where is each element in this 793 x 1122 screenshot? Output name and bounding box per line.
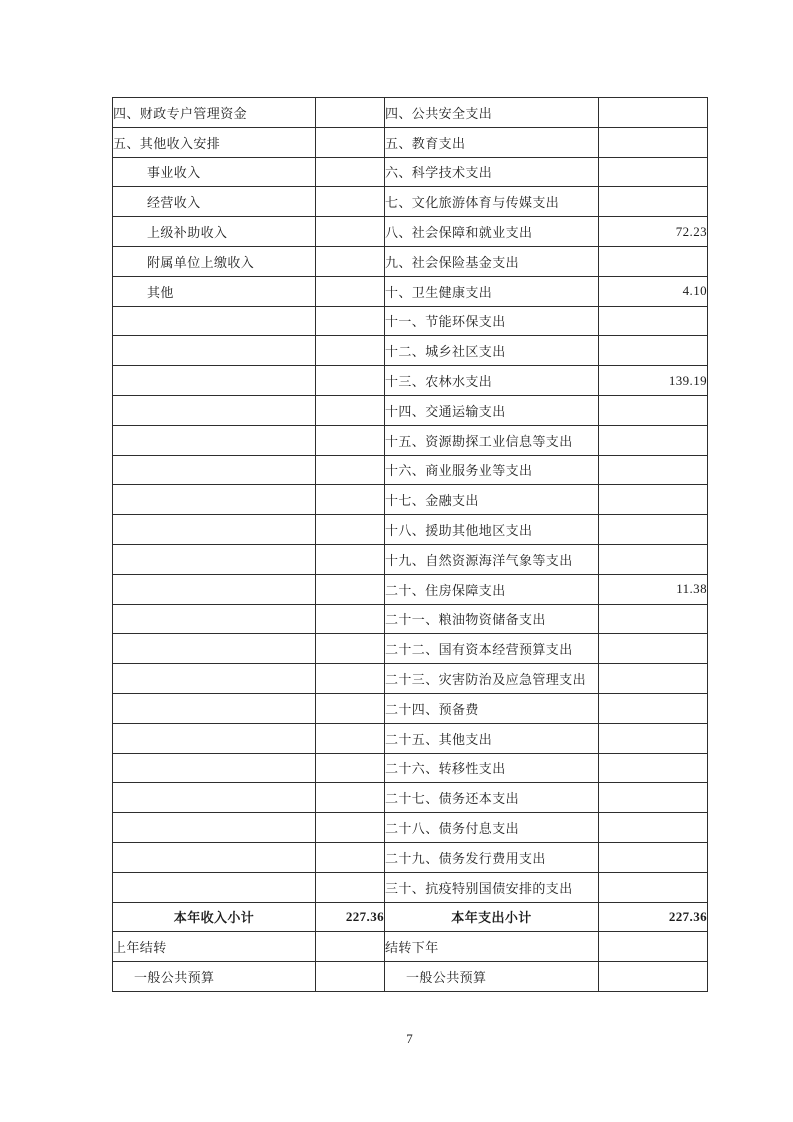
expense-label-cell: 十、卫生健康支出 xyxy=(385,276,599,306)
expense-value-cell xyxy=(599,842,708,872)
income-label-cell xyxy=(113,425,316,455)
expense-label-cell: 十七、金融支出 xyxy=(385,485,599,515)
income-label-cell xyxy=(113,723,316,753)
expense-value-cell xyxy=(599,187,708,217)
table-row: 四、财政专户管理资金 四、公共安全支出 xyxy=(113,98,708,128)
income-value-cell xyxy=(316,127,385,157)
expense-value-cell: 227.36 xyxy=(599,902,708,932)
expense-value-cell xyxy=(599,872,708,902)
income-label-cell: 四、财政专户管理资金 xyxy=(113,98,316,128)
table-row: 上级补助收入 八、社会保障和就业支出 72.23 xyxy=(113,217,708,247)
expense-value-cell xyxy=(599,544,708,574)
income-value-cell xyxy=(316,157,385,187)
expense-label-cell: 二十二、国有资本经营预算支出 xyxy=(385,634,599,664)
expense-value-cell xyxy=(599,664,708,694)
expense-label-cell: 三十、抗疫特别国债安排的支出 xyxy=(385,872,599,902)
income-label-cell: 其他 xyxy=(113,276,316,306)
income-value-cell xyxy=(316,604,385,634)
expense-label-cell: 九、社会保险基金支出 xyxy=(385,246,599,276)
income-label-cell xyxy=(113,604,316,634)
expense-label-cell: 二十四、预备费 xyxy=(385,693,599,723)
income-label-cell: 事业收入 xyxy=(113,157,316,187)
income-value-cell xyxy=(316,872,385,902)
income-value-cell xyxy=(316,574,385,604)
expense-value-cell: 72.23 xyxy=(599,217,708,247)
table-row: 二十四、预备费 xyxy=(113,693,708,723)
expense-label-cell: 二十八、债务付息支出 xyxy=(385,813,599,843)
expense-value-cell xyxy=(599,753,708,783)
table-row: 二十、住房保障支出 11.38 xyxy=(113,574,708,604)
income-label-cell xyxy=(113,664,316,694)
table-row: 二十一、粮油物资储备支出 xyxy=(113,604,708,634)
expense-label-cell: 十八、援助其他地区支出 xyxy=(385,515,599,545)
document-page: 四、财政专户管理资金 四、公共安全支出 五、其他收入安排 五、教育支出 事业收入… xyxy=(0,0,793,1122)
income-value-cell xyxy=(316,187,385,217)
income-value-cell xyxy=(316,664,385,694)
income-label-cell xyxy=(113,366,316,396)
income-value-cell xyxy=(316,485,385,515)
income-value-cell xyxy=(316,336,385,366)
income-value-cell xyxy=(316,544,385,574)
income-label-cell xyxy=(113,813,316,843)
expense-value-cell xyxy=(599,515,708,545)
expense-label-cell: 十三、农林水支出 xyxy=(385,366,599,396)
income-label-cell xyxy=(113,634,316,664)
expense-value-cell: 4.10 xyxy=(599,276,708,306)
income-label-cell xyxy=(113,395,316,425)
expense-value-cell xyxy=(599,634,708,664)
table-row: 二十八、债务付息支出 xyxy=(113,813,708,843)
income-value-cell xyxy=(316,753,385,783)
expense-label-cell: 二十九、债务发行费用支出 xyxy=(385,842,599,872)
income-label-cell: 本年收入小计 xyxy=(113,902,316,932)
table-row: 十八、援助其他地区支出 xyxy=(113,515,708,545)
income-label-cell: 一般公共预算 xyxy=(113,962,316,992)
income-label-cell xyxy=(113,753,316,783)
expense-label-cell: 二十三、灾害防治及应急管理支出 xyxy=(385,664,599,694)
income-label-cell xyxy=(113,485,316,515)
expense-value-cell xyxy=(599,813,708,843)
income-value-cell xyxy=(316,217,385,247)
expense-value-cell xyxy=(599,932,708,962)
expense-label-cell: 五、教育支出 xyxy=(385,127,599,157)
expense-label-cell: 本年支出小计 xyxy=(385,902,599,932)
expense-value-cell xyxy=(599,485,708,515)
income-label-cell: 经营收入 xyxy=(113,187,316,217)
expense-label-cell: 二十五、其他支出 xyxy=(385,723,599,753)
expense-label-cell: 结转下年 xyxy=(385,932,599,962)
table-row: 二十九、债务发行费用支出 xyxy=(113,842,708,872)
table-row: 二十三、灾害防治及应急管理支出 xyxy=(113,664,708,694)
table-row: 十二、城乡社区支出 xyxy=(113,336,708,366)
table-row: 上年结转 结转下年 xyxy=(113,932,708,962)
expense-value-cell xyxy=(599,98,708,128)
income-label-cell xyxy=(113,544,316,574)
budget-table: 四、财政专户管理资金 四、公共安全支出 五、其他收入安排 五、教育支出 事业收入… xyxy=(112,97,708,992)
page-number: 7 xyxy=(112,1031,707,1047)
income-value-cell xyxy=(316,932,385,962)
income-label-cell xyxy=(113,574,316,604)
expense-value-cell xyxy=(599,395,708,425)
expense-label-cell: 一般公共预算 xyxy=(385,962,599,992)
expense-label-cell: 十一、节能环保支出 xyxy=(385,306,599,336)
income-value-cell xyxy=(316,783,385,813)
table-row: 三十、抗疫特别国债安排的支出 xyxy=(113,872,708,902)
expense-value-cell: 139.19 xyxy=(599,366,708,396)
table-row: 本年收入小计 227.36 本年支出小计 227.36 xyxy=(113,902,708,932)
income-label-cell xyxy=(113,783,316,813)
income-value-cell xyxy=(316,813,385,843)
table-row: 十三、农林水支出 139.19 xyxy=(113,366,708,396)
income-value-cell xyxy=(316,842,385,872)
table-row: 事业收入 六、科学技术支出 xyxy=(113,157,708,187)
table-row: 经营收入 七、文化旅游体育与传媒支出 xyxy=(113,187,708,217)
expense-label-cell: 七、文化旅游体育与传媒支出 xyxy=(385,187,599,217)
income-label-cell xyxy=(113,336,316,366)
income-value-cell xyxy=(316,634,385,664)
expense-label-cell: 四、公共安全支出 xyxy=(385,98,599,128)
income-value-cell xyxy=(316,962,385,992)
income-label-cell: 上级补助收入 xyxy=(113,217,316,247)
expense-value-cell xyxy=(599,157,708,187)
expense-value-cell xyxy=(599,306,708,336)
expense-value-cell xyxy=(599,604,708,634)
income-label-cell xyxy=(113,842,316,872)
income-value-cell xyxy=(316,395,385,425)
table-row: 二十二、国有资本经营预算支出 xyxy=(113,634,708,664)
income-label-cell xyxy=(113,693,316,723)
income-value-cell xyxy=(316,98,385,128)
expense-label-cell: 二十一、粮油物资储备支出 xyxy=(385,604,599,634)
expense-value-cell xyxy=(599,425,708,455)
expense-value-cell xyxy=(599,127,708,157)
table-row: 附属单位上缴收入 九、社会保险基金支出 xyxy=(113,246,708,276)
table-row: 二十六、转移性支出 xyxy=(113,753,708,783)
income-label-cell: 五、其他收入安排 xyxy=(113,127,316,157)
income-value-cell xyxy=(316,723,385,753)
income-value-cell xyxy=(316,246,385,276)
expense-value-cell xyxy=(599,246,708,276)
table-row: 十五、资源勘探工业信息等支出 xyxy=(113,425,708,455)
table-row: 二十七、债务还本支出 xyxy=(113,783,708,813)
expense-label-cell: 十九、自然资源海洋气象等支出 xyxy=(385,544,599,574)
income-label-cell xyxy=(113,515,316,545)
income-label-cell xyxy=(113,306,316,336)
table-row: 二十五、其他支出 xyxy=(113,723,708,753)
income-value-cell: 227.36 xyxy=(316,902,385,932)
expense-label-cell: 二十、住房保障支出 xyxy=(385,574,599,604)
table-row: 十六、商业服务业等支出 xyxy=(113,455,708,485)
expense-label-cell: 八、社会保障和就业支出 xyxy=(385,217,599,247)
expense-label-cell: 二十七、债务还本支出 xyxy=(385,783,599,813)
expense-value-cell xyxy=(599,455,708,485)
table-row: 十一、节能环保支出 xyxy=(113,306,708,336)
table-row: 其他 十、卫生健康支出 4.10 xyxy=(113,276,708,306)
expense-label-cell: 二十六、转移性支出 xyxy=(385,753,599,783)
income-value-cell xyxy=(316,693,385,723)
expense-value-cell xyxy=(599,336,708,366)
expense-label-cell: 十四、交通运输支出 xyxy=(385,395,599,425)
expense-label-cell: 六、科学技术支出 xyxy=(385,157,599,187)
expense-value-cell xyxy=(599,783,708,813)
income-label-cell xyxy=(113,872,316,902)
income-value-cell xyxy=(316,306,385,336)
income-value-cell xyxy=(316,515,385,545)
income-value-cell xyxy=(316,425,385,455)
expense-value-cell: 11.38 xyxy=(599,574,708,604)
expense-value-cell xyxy=(599,693,708,723)
income-label-cell: 上年结转 xyxy=(113,932,316,962)
table-body: 四、财政专户管理资金 四、公共安全支出 五、其他收入安排 五、教育支出 事业收入… xyxy=(113,98,708,992)
income-label-cell xyxy=(113,455,316,485)
table-row: 十四、交通运输支出 xyxy=(113,395,708,425)
expense-value-cell xyxy=(599,962,708,992)
table-row: 五、其他收入安排 五、教育支出 xyxy=(113,127,708,157)
expense-label-cell: 十二、城乡社区支出 xyxy=(385,336,599,366)
income-value-cell xyxy=(316,276,385,306)
income-label-cell: 附属单位上缴收入 xyxy=(113,246,316,276)
table-row: 一般公共预算 一般公共预算 xyxy=(113,962,708,992)
income-value-cell xyxy=(316,455,385,485)
expense-label-cell: 十五、资源勘探工业信息等支出 xyxy=(385,425,599,455)
table-row: 十七、金融支出 xyxy=(113,485,708,515)
expense-label-cell: 十六、商业服务业等支出 xyxy=(385,455,599,485)
income-value-cell xyxy=(316,366,385,396)
table-row: 十九、自然资源海洋气象等支出 xyxy=(113,544,708,574)
expense-value-cell xyxy=(599,723,708,753)
